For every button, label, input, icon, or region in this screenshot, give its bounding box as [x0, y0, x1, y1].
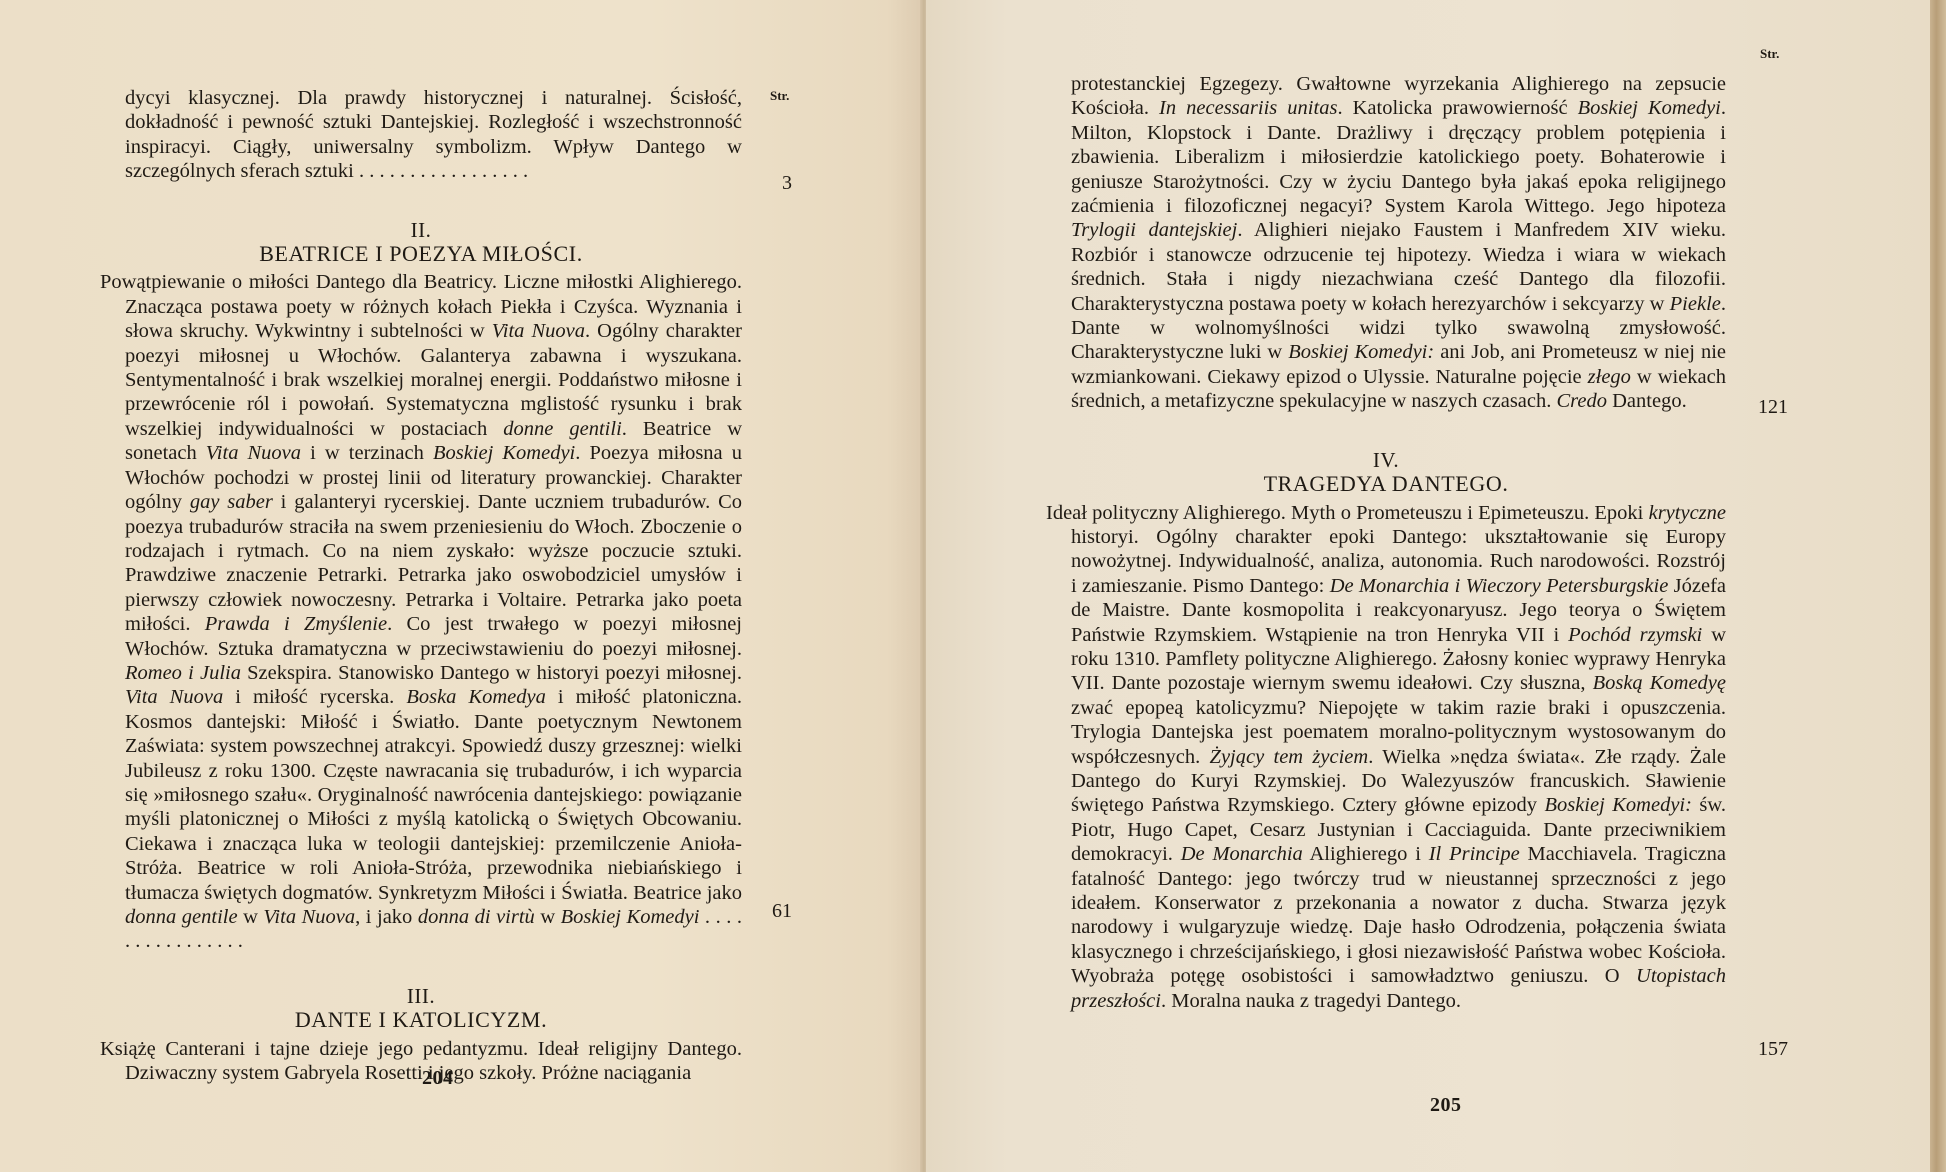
toc-entry-section-iii: Książę Canterani i tajne dzieje jego ped…	[100, 1037, 742, 1086]
page-ref: 157	[1758, 1038, 1788, 1061]
page-ref: 121	[1758, 396, 1788, 419]
toc-right-column: protestanckiej Egzegezy. Gwałtowne wyrze…	[1046, 72, 1726, 1013]
page-number: 205	[1430, 1094, 1462, 1117]
page-column-label: Str.	[770, 88, 789, 104]
section-number: II.	[100, 218, 742, 242]
leader-dots: . . . . . . . . . . . . . . . . .	[354, 160, 528, 182]
toc-entry-section-iii-cont: protestanckiej Egzegezy. Gwałtowne wyrze…	[1046, 72, 1726, 414]
section-title: TRAGEDYA DANTEGO.	[1046, 472, 1726, 496]
section-title: DANTE I KATOLICYZM.	[100, 1008, 742, 1032]
page-column-label: Str.	[1760, 46, 1779, 62]
toc-left-column: dycyi klasycznej. Dla prawdy historyczne…	[100, 86, 742, 1085]
toc-entry-text: dycyi klasycznej. Dla prawdy historyczne…	[125, 86, 742, 184]
section-title: BEATRICE I POEZYA MIŁOŚCI.	[100, 242, 742, 266]
toc-entry-section-iv: Ideał polityczny Alighierego. Myth o Pro…	[1046, 501, 1726, 1014]
page-ref: 3	[782, 172, 792, 195]
page-edge-stack	[1930, 0, 1946, 1172]
toc-entry-section-ii: Powątpiewanie o miłości Dantego dla Beat…	[100, 270, 742, 953]
toc-entry-section-i-tail: dycyi klasycznej. Dla prawdy historyczne…	[100, 86, 742, 184]
page-number: 204	[422, 1067, 454, 1090]
section-number: IV.	[1046, 448, 1726, 472]
page-ref: 61	[772, 900, 792, 923]
section-number: III.	[100, 984, 742, 1008]
